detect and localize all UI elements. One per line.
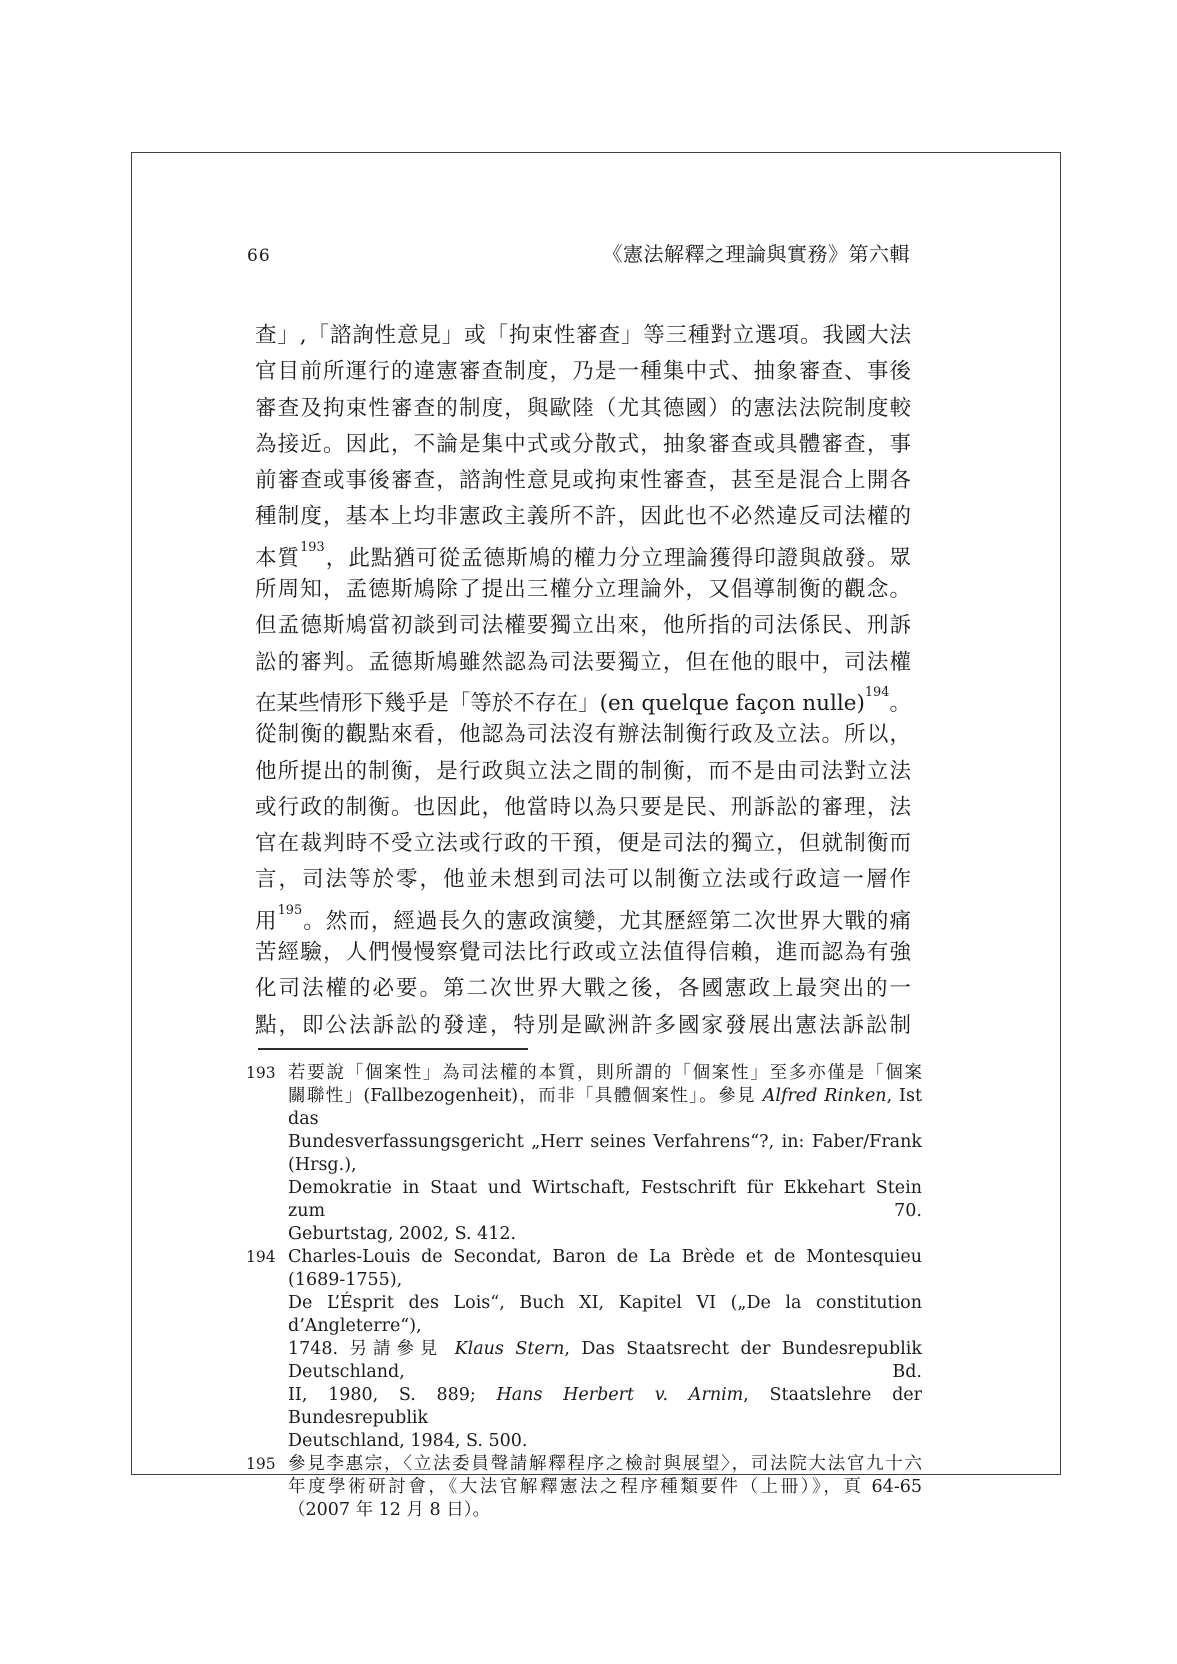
footnote-number: 194 bbox=[246, 1246, 288, 1453]
text-line: 訟的審判。孟德斯鳩雖然認為司法要獨立，但在他的眼中，司法權 bbox=[255, 645, 911, 681]
text-line: （2007 年 12 月 8 日）。 bbox=[288, 1499, 922, 1522]
footnote: 195參見李惠宗，〈立法委員聲請解釋程序之檢討與展望〉，司法院大法官九十六年度學… bbox=[246, 1453, 922, 1522]
footnote-number: 193 bbox=[246, 1062, 288, 1246]
footnote-ref: 193 bbox=[300, 540, 325, 555]
footnote: 193若要說「個案性」為司法權的本質，則所謂的「個案性」至多亦僅是「個案關聯性」… bbox=[246, 1062, 922, 1246]
footnote-number: 195 bbox=[246, 1453, 288, 1522]
text-line: 用195。然而，經過長久的憲政演變，尤其歷經第二次世界大戰的痛 bbox=[255, 899, 911, 935]
text-line: 從制衡的觀點來看，他認為司法沒有辦法制衡行政及立法。所以， bbox=[255, 717, 911, 753]
text-line: 在某些情形下幾乎是「等於不存在」(en quelque façon nulle)… bbox=[255, 681, 911, 717]
text-line: 本質193，此點猶可從孟德斯鳩的權力分立理論獲得印證與啟發。眾 bbox=[255, 536, 911, 572]
footnote-text: 若要說「個案性」為司法權的本質，則所謂的「個案性」至多亦僅是「個案關聯性」(Fa… bbox=[288, 1062, 922, 1246]
text-line: 他所提出的制衡，是行政與立法之間的制衡，而不是由司法對立法 bbox=[255, 754, 911, 790]
footnotes: 193若要說「個案性」為司法權的本質，則所謂的「個案性」至多亦僅是「個案關聯性」… bbox=[246, 1062, 922, 1522]
text-line: 年度學術研討會，《大法官解釋憲法之程序種類要件（上冊）》，頁 64-65 bbox=[288, 1476, 922, 1499]
text-line: Charles-Louis de Secondat, Baron de La B… bbox=[288, 1246, 922, 1292]
text-line: 官在裁判時不受立法或行政的干預，便是司法的獨立，但就制衡而 bbox=[255, 826, 911, 862]
text-line: 前審查或事後審查，諮詢性意見或拘束性審查，甚至是混合上開各 bbox=[255, 463, 911, 499]
text-line: II, 1980, S. 889; Hans Herbert v. Arnim,… bbox=[288, 1384, 922, 1430]
text-line: 言，司法等於零，他並未想到司法可以制衡立法或行政這一層作 bbox=[255, 862, 911, 898]
text-line: 若要說「個案性」為司法權的本質，則所謂的「個案性」至多亦僅是「個案 bbox=[288, 1062, 922, 1085]
text-line: 種制度，基本上均非憲政主義所不許，因此也不必然違反司法權的 bbox=[255, 499, 911, 535]
text-line: Demokratie in Staat und Wirtschaft, Fest… bbox=[288, 1177, 922, 1223]
text-line: 1748. 另請參見 Klaus Stern, Das Staatsrecht … bbox=[288, 1338, 922, 1384]
footnote-text: Charles-Louis de Secondat, Baron de La B… bbox=[288, 1246, 922, 1453]
text-line: Bundesverfassungsgericht „Herr seines Ve… bbox=[288, 1131, 922, 1177]
footnote-ref: 194 bbox=[865, 685, 890, 700]
footnote-ref: 195 bbox=[278, 903, 303, 918]
footnote-separator-rule bbox=[258, 1048, 528, 1050]
page-header: 66 《憲法解釋之理論與實務》第六輯 bbox=[247, 238, 910, 267]
text-line: 化司法權的必要。第二次世界大戰之後，各國憲政上最突出的一 bbox=[255, 971, 911, 1007]
page-number: 66 bbox=[247, 246, 271, 266]
text-line: 查」,「諮詢性意見」或「拘束性審查」等三種對立選項。我國大法 bbox=[255, 318, 911, 354]
running-header-title: 《憲法解釋之理論與實務》第六輯 bbox=[603, 238, 911, 267]
footnote: 194Charles-Louis de Secondat, Baron de L… bbox=[246, 1246, 922, 1453]
text-line: De L’Ésprit des Lois“, Buch XI, Kapitel … bbox=[288, 1292, 922, 1338]
text-line: 或行政的制衡。也因此，他當時以為只要是民、刑訴訟的審理，法 bbox=[255, 790, 911, 826]
text-line: 官目前所運行的違憲審查制度，乃是一種集中式、抽象審查、事後 bbox=[255, 354, 911, 390]
body-text: 查」,「諮詢性意見」或「拘束性審查」等三種對立選項。我國大法官目前所運行的違憲審… bbox=[255, 318, 911, 1044]
text-line: 所周知，孟德斯鳩除了提出三權分立理論外，又倡導制衡的觀念。 bbox=[255, 572, 911, 608]
text-line: 苦經驗，人們慢慢察覺司法比行政或立法值得信賴，進而認為有強 bbox=[255, 935, 911, 971]
footnote-text: 參見李惠宗，〈立法委員聲請解釋程序之檢討與展望〉，司法院大法官九十六年度學術研討… bbox=[288, 1453, 922, 1522]
text-line: 審查及拘束性審查的制度，與歐陸（尤其德國）的憲法法院制度較 bbox=[255, 391, 911, 427]
text-line: 但孟德斯鳩當初談到司法權要獨立出來，他所指的司法係民、刑訴 bbox=[255, 608, 911, 644]
text-line: 關聯性」(Fallbezogenheit)，而非「具體個案性」。參見 Alfre… bbox=[288, 1085, 922, 1131]
text-line: 點，即公法訴訟的發達，特別是歐洲許多國家發展出憲法訴訟制 bbox=[255, 1008, 911, 1044]
text-line: 為接近。因此，不論是集中式或分散式，抽象審查或具體審查，事 bbox=[255, 427, 911, 463]
text-line: Deutschland, 1984, S. 500. bbox=[288, 1430, 922, 1453]
text-line: Geburtstag, 2002, S. 412. bbox=[288, 1223, 922, 1246]
text-line: 參見李惠宗，〈立法委員聲請解釋程序之檢討與展望〉，司法院大法官九十六 bbox=[288, 1453, 922, 1476]
document-page: 66 《憲法解釋之理論與實務》第六輯 查」,「諮詢性意見」或「拘束性審查」等三種… bbox=[0, 0, 1177, 1664]
